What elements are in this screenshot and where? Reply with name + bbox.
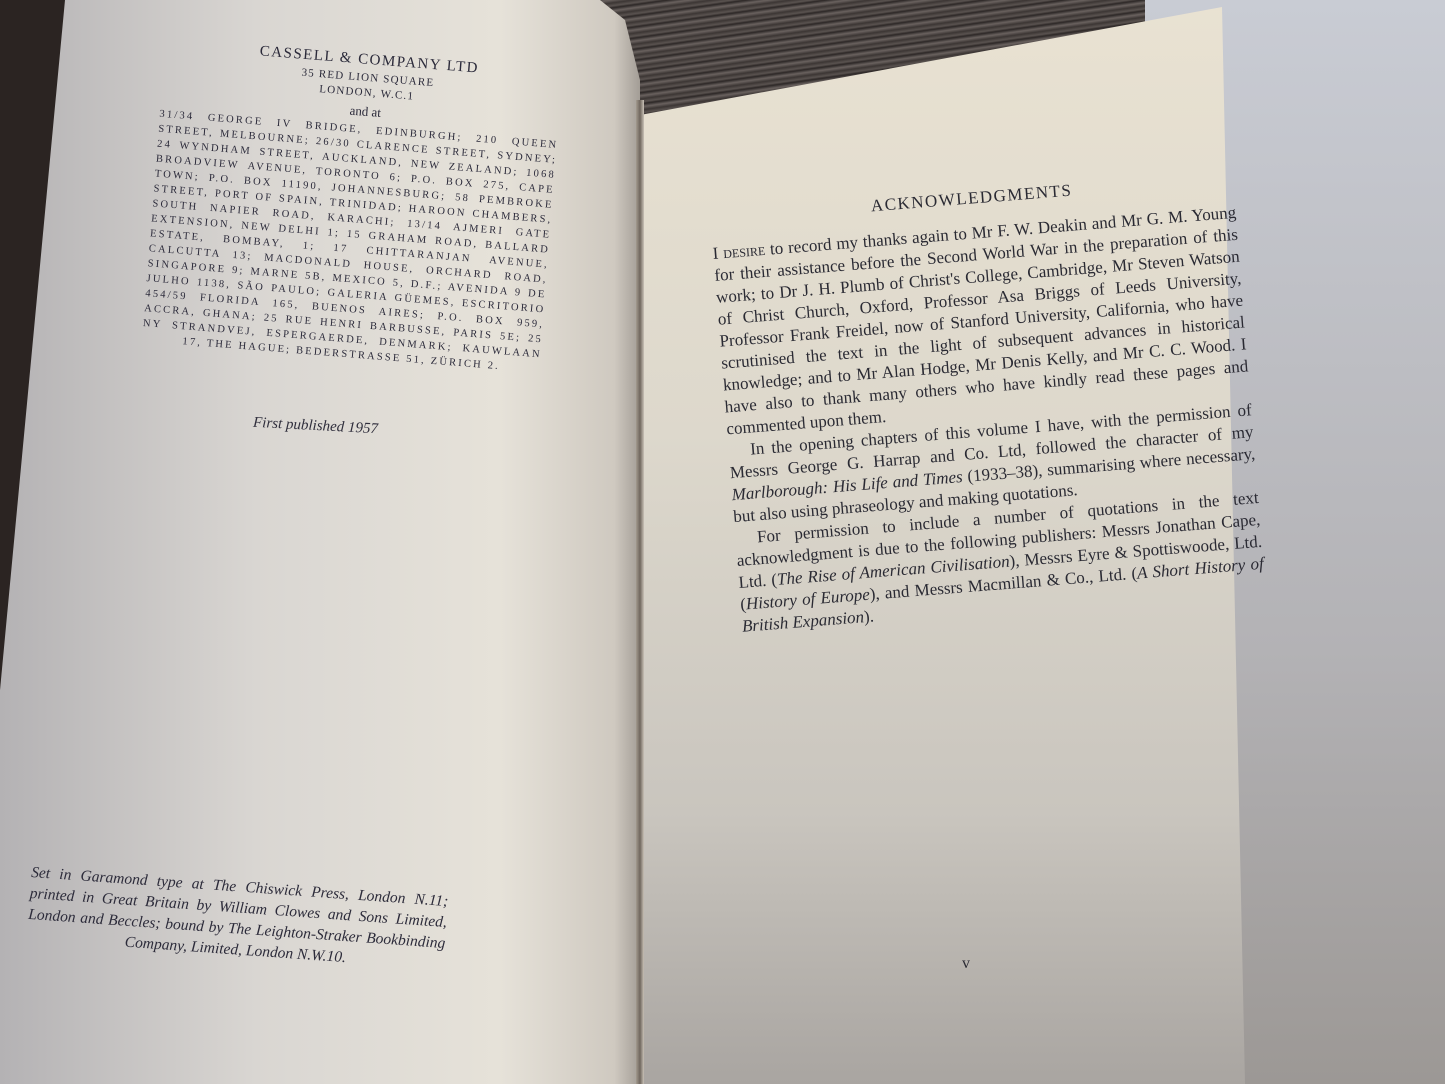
page-number: v — [962, 955, 970, 973]
paragraph-text: to record my thanks again to Mr F. W. De… — [714, 203, 1249, 439]
lead-in-small-caps: I desire — [712, 240, 766, 263]
paragraph-text: ). — [863, 606, 874, 626]
acknowledgments-section: ACKNOWLEDGMENTS I desire to record my th… — [712, 204, 1266, 638]
publisher-imprint: CASSELL & COMPANY LTD 35 RED LION SQUARE… — [136, 36, 579, 379]
book-gutter — [636, 100, 644, 1084]
publisher-branch-addresses: 31/34 GEORGE IV BRIDGE, EDINBURGH; 210 Q… — [141, 107, 559, 378]
